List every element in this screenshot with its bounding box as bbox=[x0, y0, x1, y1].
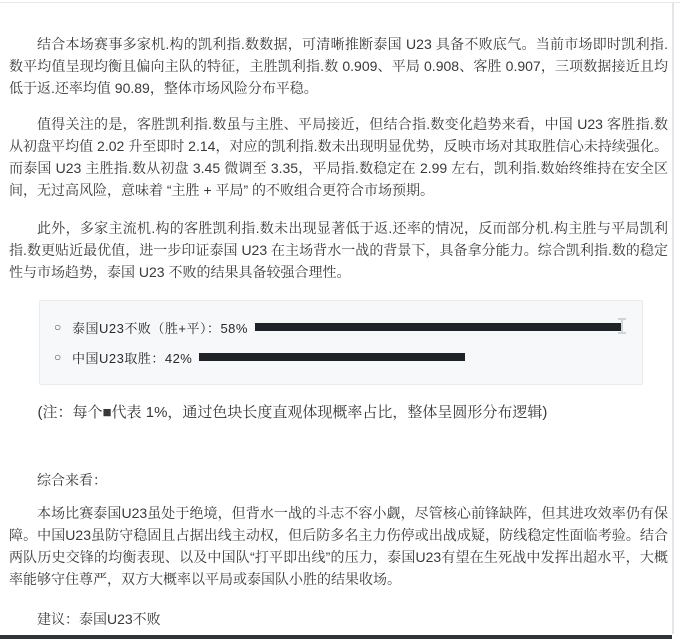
probability-chart-box: ○ 泰国U23不败（胜+平）：58% ○ 中国U23取胜：42% bbox=[39, 300, 643, 385]
document-content: 结合本场赛事多家机.构的凯利指.数数据，可清晰推断泰国 U23 具备不败底气。当… bbox=[9, 33, 668, 630]
chart-note: (注：每个■代表 1%，通过色块长度直观体现概率占比，整体呈圆形分布逻辑) bbox=[9, 401, 668, 425]
paragraph-kelly-overview: 结合本场赛事多家机.构的凯利指.数数据，可清晰推断泰国 U23 具备不败底气。当… bbox=[9, 33, 668, 99]
circle-bullet-icon: ○ bbox=[52, 350, 72, 364]
chart-row-china: ○ 中国U23取胜：42% bbox=[52, 342, 642, 372]
chart-row-thailand: ○ 泰国U23不败（胜+平）：58% bbox=[52, 312, 642, 342]
paragraph-index-trend: 值得关注的是，客胜凯利指.数虽与主胜、平局接近，但结合指.数变化趋势来看，中国 … bbox=[9, 113, 668, 201]
circle-bullet-icon: ○ bbox=[52, 320, 72, 334]
paragraph-summary: 本场比赛泰国U23虽处于绝境，但背水一战的斗志不容小觑，尽管核心前锋缺阵，但其进… bbox=[9, 502, 668, 590]
chart-label-china: 中国U23取胜：42% bbox=[72, 348, 192, 367]
chart-bar-china bbox=[199, 353, 465, 361]
paragraph-agency-analysis: 此外，多家主流机.构的客胜凯利指.数未出现显著低于返.还率的情况，反而部分机.构… bbox=[9, 217, 668, 283]
page-bottom-border bbox=[0, 635, 672, 639]
summary-heading: 综合来看： bbox=[9, 469, 668, 491]
page-right-border bbox=[672, 3, 674, 634]
chart-label-thailand: 泰国U23不败（胜+平）：58% bbox=[72, 318, 248, 337]
recommendation-text: 建议：泰国U23不败 bbox=[9, 608, 668, 630]
chart-bar-thailand bbox=[255, 323, 622, 331]
page-top-border bbox=[0, 2, 680, 3]
